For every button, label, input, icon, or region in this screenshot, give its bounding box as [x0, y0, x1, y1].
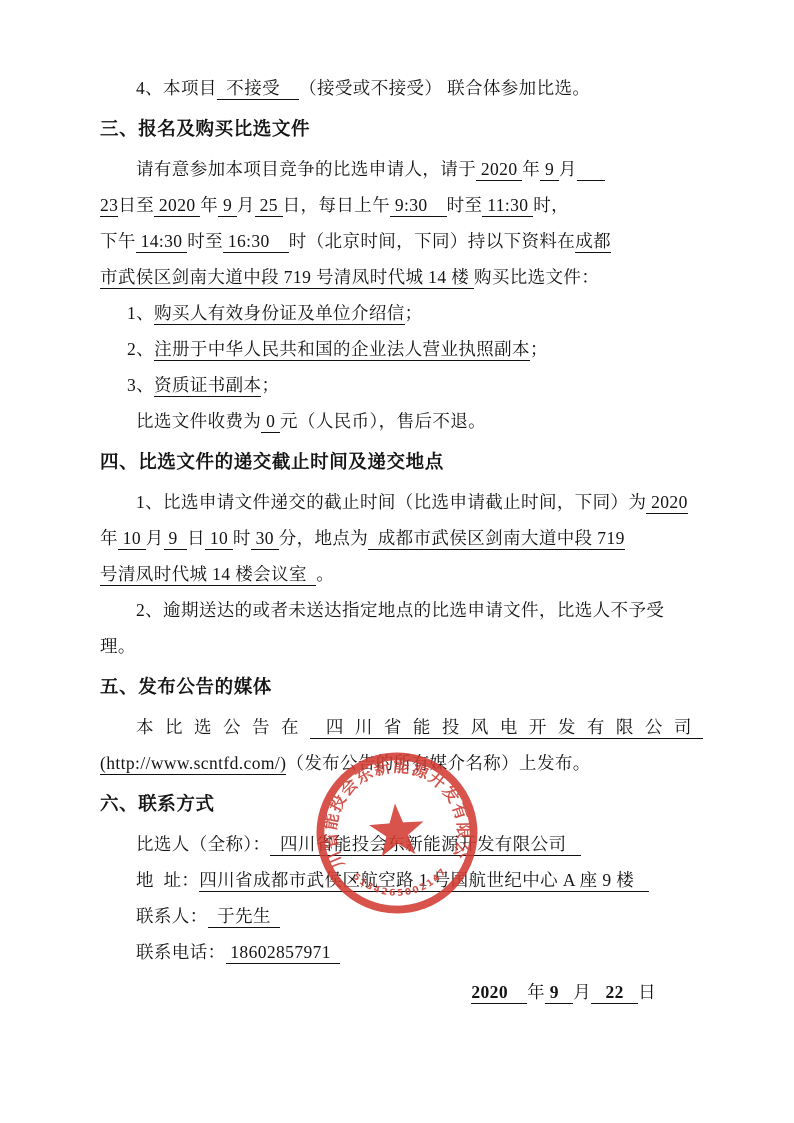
blank-fill: 四川省能投会东新能源开发有限公司	[270, 834, 580, 856]
text-run: 六、联系方式	[100, 793, 215, 814]
blank-fill: 成都	[575, 231, 611, 253]
blank-fill: 14:30	[136, 231, 187, 253]
text-run: 3、	[127, 375, 154, 395]
text-run: 2、逾期送达的或者未送达指定地点的比选申请文件，比选人不予受	[136, 600, 664, 620]
section-heading-5: 五、发布公告的媒体	[100, 669, 702, 705]
text-run: 时至	[187, 231, 223, 251]
deadline-line-1: 1、比选申请文件递交的截止时间（比选申请截止时间，下同）为 2020	[100, 484, 702, 520]
text-run: 时至	[447, 195, 483, 215]
blank-fill: 10	[118, 528, 146, 550]
blank-fill: 号清凤时代城 14 楼会议室	[100, 564, 316, 586]
text-run: 年	[100, 528, 118, 548]
text-run: 1、比选申请文件递交的截止时间（比选申请截止时间，下同）为	[136, 492, 646, 512]
blank-fill: 0	[261, 411, 280, 433]
text-run: 五、发布公告的媒体	[100, 676, 272, 697]
text-run: 请有意参加本项目竞争的比选申请人，请于	[136, 159, 476, 179]
blank-fill: 2020	[154, 195, 200, 217]
document-body: 4、本项目 不接受 （接受或不接受） 联合体参加比选。三、报名及购买比选文件请有…	[100, 70, 702, 1010]
text-run: 比选文件收费为	[136, 411, 261, 431]
blank-fill: 25	[255, 195, 283, 217]
text-run: 日	[187, 528, 205, 548]
blank-fill: 9	[540, 159, 559, 181]
clause-jv: 4、本项目 不接受 （接受或不接受） 联合体参加比选。	[100, 70, 702, 106]
text-run: 购买比选文件：	[474, 267, 599, 287]
blank-fill: 不接受	[217, 78, 299, 100]
blank-fill: 购买人有效身份证及单位介绍信	[154, 303, 405, 325]
text-run: 月	[237, 195, 255, 215]
blank-fill: 9:30	[390, 195, 447, 217]
text-run: 三、报名及购买比选文件	[100, 118, 310, 139]
blank-fill: 9	[218, 195, 237, 217]
blank-fill: 30	[251, 528, 279, 550]
blank-fill	[577, 159, 606, 181]
blank-fill: 注册于中华人民共和国的企业法人营业执照副本	[154, 339, 530, 361]
text-run: （接受或不接受） 联合体参加比选。	[299, 78, 590, 98]
blank-fill: 9	[545, 982, 573, 1004]
text-run: 时，	[533, 195, 569, 215]
blank-fill: 11:30	[482, 195, 533, 217]
text-run: 理。	[100, 636, 136, 656]
text-run: 日，每日上午	[283, 195, 390, 215]
text-run: 联系人：	[136, 906, 208, 926]
signature-date-line: 2020 年 9 月 22 日	[100, 974, 702, 1010]
media-line-1: 本比选公告在 四川省能投风电开发有限公司	[100, 709, 702, 745]
text-run: 下午	[100, 231, 136, 251]
registration-line-1: 请有意参加本项目竞争的比选申请人，请于 2020 年 9 月	[100, 151, 702, 187]
media-line-2: (http://www.scntfd.com/)（发布公告的所有媒介名称）上发布…	[100, 745, 702, 781]
contact-address-line: 地 址：四川省成都市武侯区航空路 1 号国航世纪中心 A 座 9 楼	[100, 862, 702, 898]
required-doc-1: 1、购买人有效身份证及单位介绍信；	[100, 295, 702, 331]
text-run: ；	[530, 339, 548, 359]
section-heading-3: 三、报名及购买比选文件	[100, 111, 702, 147]
blank-fill: 市武侯区剑南大道中段 719 号清凤时代城 14 楼	[100, 267, 474, 289]
late-delivery-line-2: 理。	[100, 628, 702, 664]
text-run: ；	[405, 303, 423, 323]
blank-fill: 16:30	[223, 231, 289, 253]
blank-fill: (http://www.scntfd.com/)	[100, 753, 286, 775]
blank-fill: 18602857971	[226, 942, 341, 964]
text-run: 时（北京时间，下同）持以下资料在	[289, 231, 575, 251]
text-run: 4、本项目	[136, 78, 217, 98]
text-run: （发布公告的所有媒介名称）上发布。	[286, 753, 590, 773]
blank-fill: 于先生	[208, 906, 281, 928]
deadline-line-3: 号清凤时代城 14 楼会议室 。	[100, 556, 702, 592]
text-run: 1、	[127, 303, 154, 323]
section-heading-4: 四、比选文件的递交截止时间及递交地点	[100, 444, 702, 480]
contact-name-line: 比选人（全称）： 四川省能投会东新能源开发有限公司	[100, 826, 702, 862]
text-run: 比选人（全称）：	[136, 834, 270, 854]
text-run: 2、	[127, 339, 154, 359]
blank-fill: 22	[591, 982, 638, 1004]
text-run: 月	[559, 159, 577, 179]
registration-line-4: 市武侯区剑南大道中段 719 号清凤时代城 14 楼 购买比选文件：	[100, 259, 702, 295]
blank-fill: 四川省能投风电开发有限公司	[310, 717, 703, 739]
registration-line-3: 下午 14:30 时至 16:30 时（北京时间，下同）持以下资料在成都	[100, 223, 702, 259]
text-run: 年	[200, 195, 218, 215]
blank-fill: 2020	[471, 982, 527, 1004]
text-run: 月	[573, 982, 591, 1002]
text-run: 。	[316, 564, 334, 584]
text-run: 月	[146, 528, 164, 548]
text-run: 地 址：	[136, 870, 199, 890]
text-run: 年	[527, 982, 545, 1002]
text-run: 本比选公告在	[136, 717, 310, 737]
text-run: 分，地点为	[279, 528, 369, 548]
blank-fill: 四川省成都市武侯区航空路 1 号国航世纪中心 A 座 9 楼	[199, 870, 648, 892]
text-run: 元（人民币），售后不退。	[280, 411, 486, 431]
contact-phone-line: 联系电话： 18602857971	[100, 934, 702, 970]
required-doc-3: 3、资质证书副本；	[100, 367, 702, 403]
text-run: 联系电话：	[136, 942, 226, 962]
blank-fill: 23	[100, 195, 118, 217]
blank-fill: 成都市武侯区剑南大道中段 719	[368, 528, 625, 550]
text-run: 四、比选文件的递交截止时间及递交地点	[100, 451, 444, 472]
registration-line-2: 23日至 2020 年 9 月 25 日，每日上午 9:30 时至 11:30 …	[100, 187, 702, 223]
fee-line: 比选文件收费为 0 元（人民币），售后不退。	[100, 403, 702, 439]
required-doc-2: 2、注册于中华人民共和国的企业法人营业执照副本；	[100, 331, 702, 367]
document-page: 4、本项目 不接受 （接受或不接受） 联合体参加比选。三、报名及购买比选文件请有…	[0, 0, 794, 1123]
deadline-line-2: 年 10 月 9 日 10 时 30 分，地点为 成都市武侯区剑南大道中段 71…	[100, 520, 702, 556]
text-run: 日至	[118, 195, 154, 215]
late-delivery-line-1: 2、逾期送达的或者未送达指定地点的比选申请文件，比选人不予受	[100, 592, 702, 628]
text-run: 年	[522, 159, 540, 179]
contact-person-line: 联系人： 于先生	[100, 898, 702, 934]
text-run: 日	[638, 982, 656, 1002]
blank-fill: 资质证书副本	[154, 375, 261, 397]
blank-fill: 10	[205, 528, 233, 550]
blank-fill: 9	[164, 528, 187, 550]
section-heading-6: 六、联系方式	[100, 786, 702, 822]
text-run: 时	[233, 528, 251, 548]
blank-fill: 2020	[646, 492, 687, 514]
blank-fill: 2020	[476, 159, 522, 181]
text-run: ；	[261, 375, 279, 395]
